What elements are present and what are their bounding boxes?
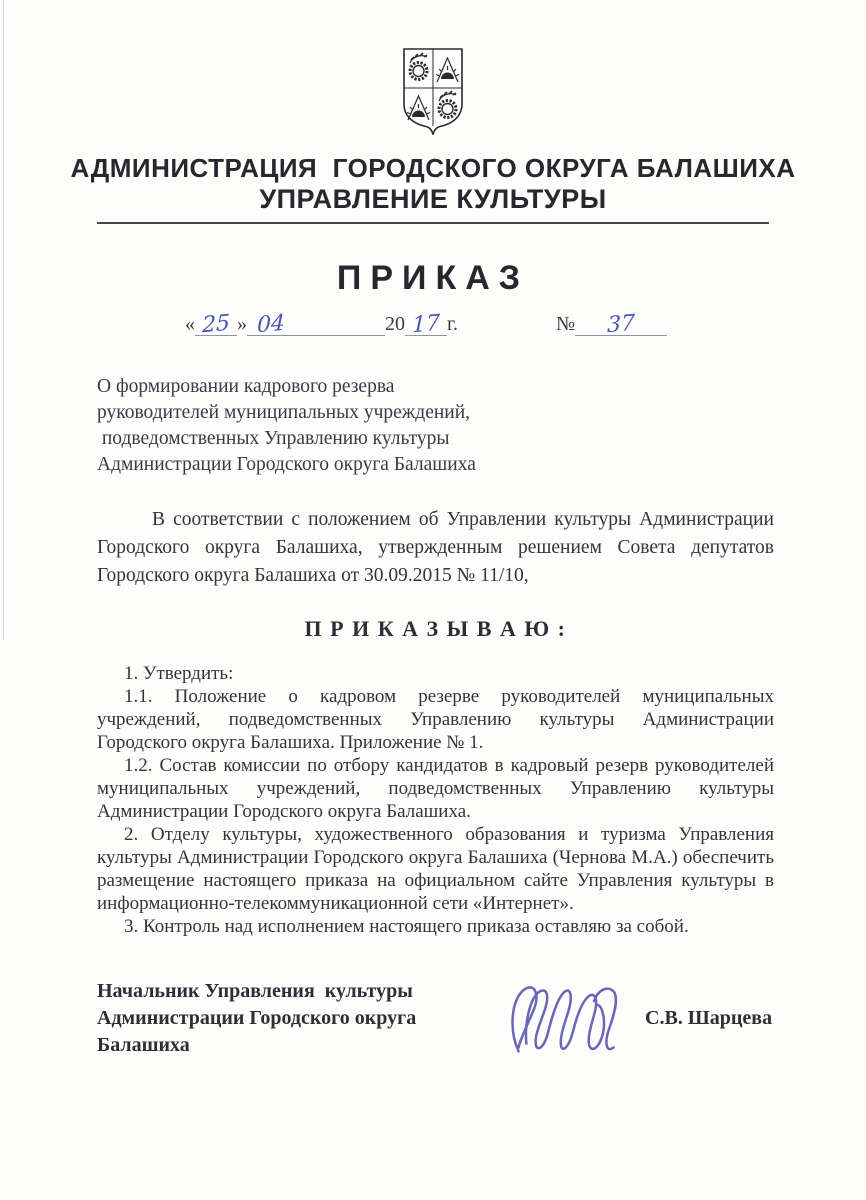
handwritten-signature-icon [505,972,631,1064]
number-underline: 37 [575,312,667,336]
order-item: 1.2. Состав комиссии по отбору кандидато… [97,754,774,823]
preamble-paragraph: В соответствии с положением об Управлени… [97,506,774,590]
order-subject: О формировании кадрового резерва руковод… [97,374,774,478]
signer-name: С.В. Шарцева [645,1007,772,1030]
org-name-line1: АДМИНИСТРАЦИЯ ГОРОДСКОГО ОКРУГА БАЛАШИХА [0,153,866,184]
order-items: 1. Утвердить: 1.1. Положение о кадровом … [97,662,774,938]
subject-line: подведомственных Управлению культуры [97,426,774,452]
subject-line: Администрации Городского округа Балашиха [97,452,774,478]
subject-line: руководителей муниципальных учреждений, [97,400,774,426]
order-item: 2. Отделу культуры, художественного обра… [97,823,774,915]
handwritten-number: 37 [607,314,635,337]
date-number-line: « 25 » 04 20 17 г. № 37 [185,312,866,336]
coat-of-arms-icon [400,46,466,138]
document-body: О формировании кадрового резерва руковод… [0,374,866,938]
signature-block: Начальник Управления культуры Администра… [0,972,866,1064]
signer-title-line1: Начальник Управления культуры [97,978,497,1005]
order-title: ПРИКАЗ [0,258,866,298]
decree-word: П Р И К А З Ы В А Ю : [97,616,774,642]
quote-close: » [237,313,247,336]
handwritten-day: 25 [202,314,230,337]
year-suffix: г. [447,313,458,336]
day-underline: 25 [195,312,237,336]
scanned-order-document: АДМИНИСТРАЦИЯ ГОРОДСКОГО ОКРУГА БАЛАШИХА… [0,0,866,1200]
quote-open: « [185,313,195,336]
order-item: 1. Утвердить: [97,662,774,685]
year-prefix: 20 [385,313,405,336]
order-item: 1.1. Положение о кадровом резерве руково… [97,685,774,754]
year-underline: 17 [405,312,447,336]
subject-line: О формировании кадрового резерва [97,374,774,400]
org-name-line2: УПРАВЛЕНИЕ КУЛЬТУРЫ [0,184,866,215]
scan-edge-artifact [3,0,4,640]
signer-title-line2: Администрации Городского округа Балашиха [97,1005,497,1059]
header-divider [97,222,769,224]
crest-container [0,0,866,143]
org-header: АДМИНИСТРАЦИЯ ГОРОДСКОГО ОКРУГА БАЛАШИХА… [0,153,866,215]
handwritten-year: 17 [412,314,440,337]
order-item: 3. Контроль над исполнением настоящего п… [97,915,774,938]
handwritten-month: 04 [257,314,285,337]
signer-title: Начальник Управления культуры Администра… [97,978,497,1059]
month-underline: 04 [247,312,385,336]
number-label: № [556,313,575,336]
